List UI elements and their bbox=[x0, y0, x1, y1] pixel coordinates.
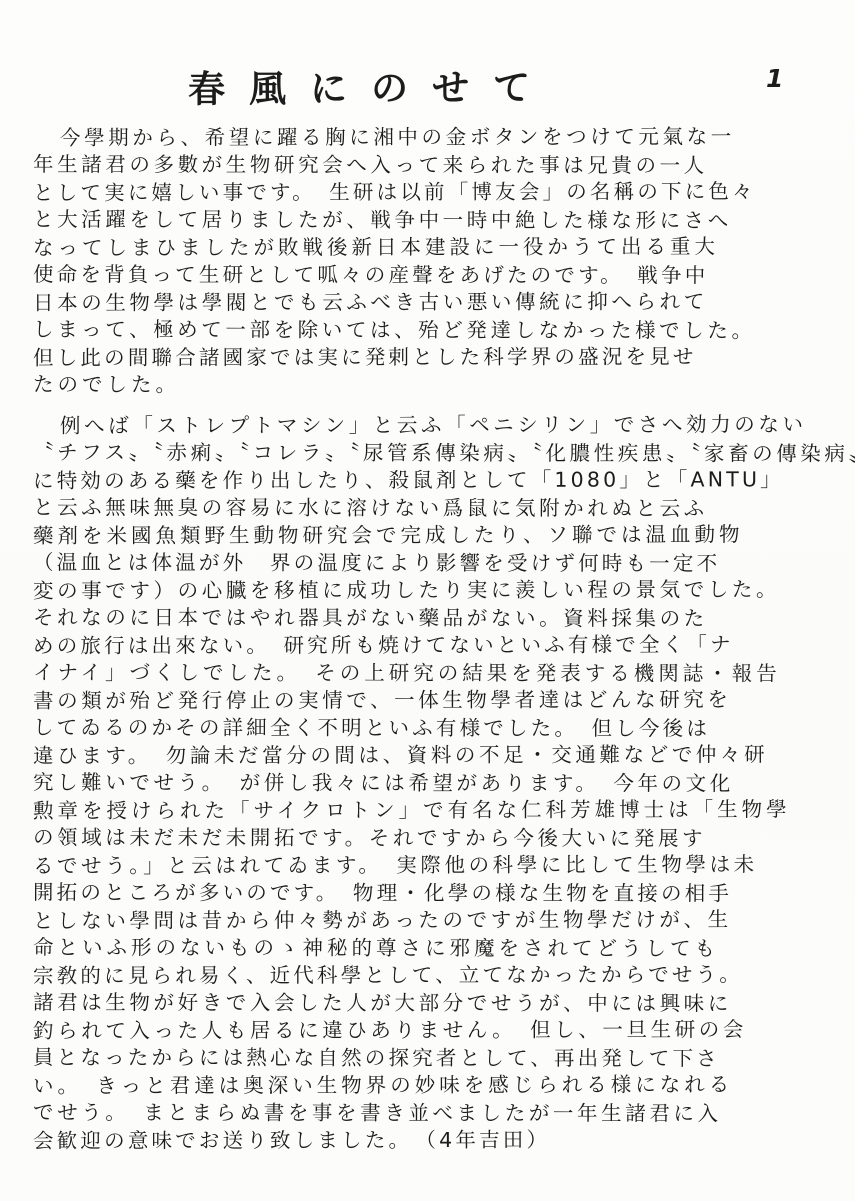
text-line: めの旅行は出來ない。 研究所も焼けてないといふ有様で全く「ナ bbox=[33, 627, 839, 656]
text-line: 命といふ形のないものゝ神秘的尊さに邪魔をされてどうしても bbox=[33, 930, 839, 959]
text-line: 究し難いでせう。 が併し我々には希望があります。 今年の文化 bbox=[33, 765, 839, 794]
text-line: 宗敎的に見られ易く、近代科學として、立てなかったからでせう。 bbox=[33, 957, 839, 986]
text-line: （温血とは体温が外 界の温度により影響を受けず何時も一定不 bbox=[33, 545, 839, 574]
text-line: 変の事です）の心臓を移植に成功したり実に羨しい程の景気でした。 bbox=[33, 572, 839, 601]
text-line: たのでした。 bbox=[33, 367, 839, 396]
text-line: 書の類が殆ど発行停止の実情で、一体生物學者達はどんな研究を bbox=[33, 682, 839, 711]
text-line: 藥剤を米國魚類野生動物研究会で完成したり、ソ聯では温血動物 bbox=[33, 517, 839, 546]
text-line: 諸君は生物が好きで入会した人が大部分でせうが、中には興味に bbox=[33, 985, 839, 1014]
text-line: としない學問は昔から仲々勢があったのですが生物學だけが、生 bbox=[33, 902, 839, 931]
text-line: 但し此の間聯合諸國家では実に発剌とした科学界の盛況を見せ bbox=[33, 339, 839, 368]
text-line: 年生諸君の多數が生物研究会へ入って来られた事は兄貴の一人 bbox=[33, 147, 839, 176]
document-body: 今學期から、希望に躍る胸に湘中の金ボタンをつけて元氣な一 年生諸君の多數が生物研… bbox=[33, 120, 839, 1151]
text-line: の領域は未だ未だ未開拓です。それですから今後大いに発展す bbox=[33, 820, 839, 849]
text-line: 勲章を授けられた「サイクロトン」で有名な仁科芳雄博士は「生物學 bbox=[33, 792, 839, 821]
text-line: るでせう。」と云はれてゐます。 実際他の科學に比して生物學は未 bbox=[33, 847, 839, 876]
title-row: 春風にのせて 1 bbox=[0, 58, 855, 114]
text-line: い。 きっと君達は奥深い生物界の妙味を感じられる様になれる bbox=[33, 1067, 839, 1096]
text-line: に特効のある藥を作り出したり、殺鼠剤として「1080」と「ANTU」 bbox=[33, 462, 839, 491]
page-number: 1 bbox=[766, 64, 783, 93]
text-line: として実に嬉しい事です。 生研は以前「博友会」の名稱の下に色々 bbox=[33, 174, 839, 203]
text-line: それなのに日本ではやれ器具がない藥品がない。資料採集のた bbox=[33, 600, 839, 629]
text-line: 員となったからには熱心な自然の探究者として、再出発して下さ bbox=[33, 1040, 839, 1069]
text-line: なってしまひましたが敗戦後新日本建設に一役かうて出る重大 bbox=[33, 229, 839, 258]
text-line: 開拓のところが多いのです。 物理・化學の様な生物を直接の相手 bbox=[33, 875, 839, 904]
text-line: 今學期から、希望に躍る胸に湘中の金ボタンをつけて元氣な一 bbox=[33, 119, 839, 148]
text-line: と云ふ無味無臭の容易に水に溶けない爲鼠に気附かれぬと云ふ bbox=[33, 490, 839, 519]
text-line: しまって、極めて一部を除いては、殆ど発達しなかった様でした。 bbox=[33, 312, 839, 341]
text-line: 違ひます。 勿論未だ當分の間は、資料の不足・交通難などで仲々研 bbox=[33, 737, 839, 766]
text-line: 釣られて入った人も居るに違ひありません。 但し、一旦生研の会 bbox=[33, 1012, 839, 1041]
text-line: してゐるのかその詳細全く不明といふ有様でした。 但し今後は bbox=[33, 710, 839, 739]
scanned-page: 春風にのせて 1 今學期から、希望に躍る胸に湘中の金ボタンをつけて元氣な一 年生… bbox=[0, 0, 855, 1201]
text-line: 〝チフス〟〝赤痢〟〝コレラ〟〝尿管系傳染病〟〝化膿性疾患〟〝家畜の傳染病〟など bbox=[33, 435, 839, 464]
text-line: 使命を背負って生研として呱々の産聲をあげたのです。 戦争中 bbox=[33, 257, 839, 286]
text-line: 日本の生物學は學閥とでも云ふべき古い悪い傳統に抑へられて bbox=[33, 284, 839, 313]
text-line: と大活躍をして居りましたが、戦争中一時中絶した様な形にさへ bbox=[33, 202, 839, 231]
paragraph-2: 例へば「ストレプトマシン」と云ふ「ペニシリン」でさへ効力のない 〝チフス〟〝赤痢… bbox=[33, 408, 839, 1151]
text-line: 例へば「ストレプトマシン」と云ふ「ペニシリン」でさへ効力のない bbox=[33, 407, 839, 436]
paragraph-1: 今學期から、希望に躍る胸に湘中の金ボタンをつけて元氣な一 年生諸君の多數が生物研… bbox=[33, 120, 839, 395]
text-line: でせう。 まとまらぬ書を事を書き並べましたが一年生諸君に入 bbox=[33, 1095, 839, 1124]
text-line: 会歓迎の意味でお送り致しました。 （4年吉田） bbox=[33, 1122, 839, 1151]
document-title: 春風にのせて bbox=[188, 57, 554, 113]
text-line: イナイ」づくしでした。 その上研究の結果を発表する機関誌・報告 bbox=[33, 655, 839, 684]
